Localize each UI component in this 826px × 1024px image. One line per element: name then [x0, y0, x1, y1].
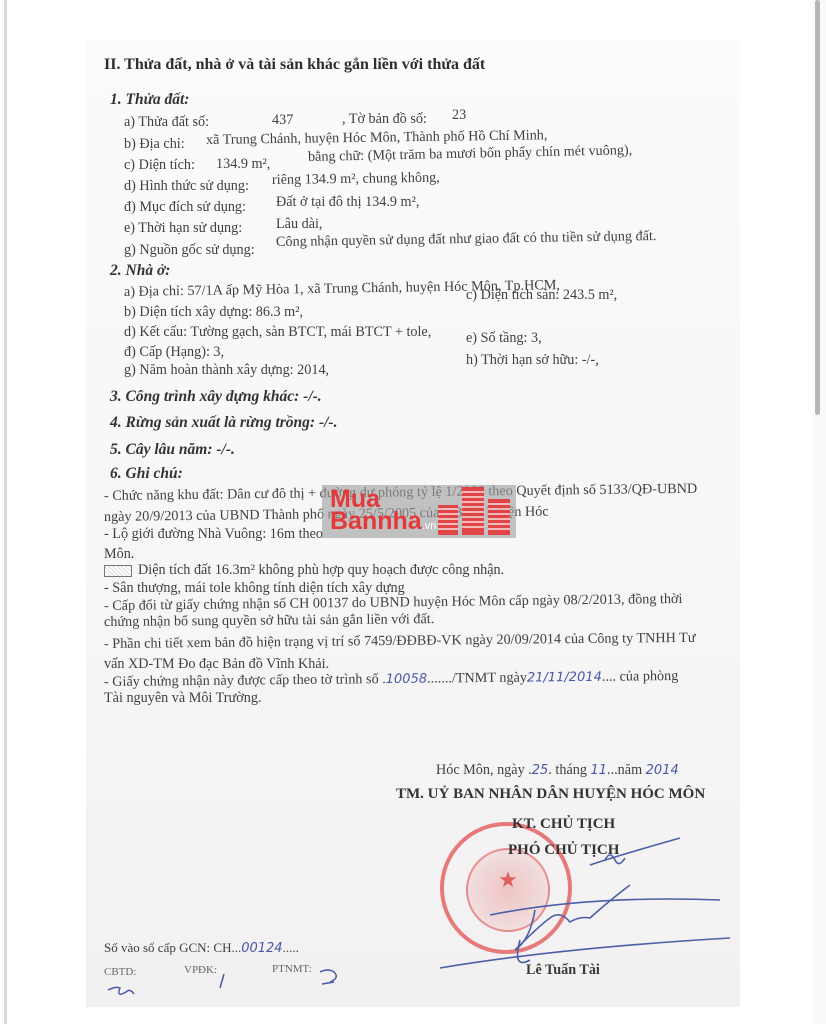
- note-line: Tài nguyên và Môi Trường.: [104, 690, 261, 707]
- house-structure: d) Kết cấu: Tường gạch, sàn BTCT, mái BT…: [124, 324, 431, 341]
- issuing-authority: TM. UỶ BAN NHÂN DÂN HUYỆN HÓC MÔN: [396, 786, 705, 803]
- scrollbar-thumb[interactable]: [815, 0, 820, 415]
- issue-month-handwritten: 11: [590, 763, 607, 778]
- note-text: ......./TNMT ngày: [427, 670, 527, 687]
- signer-name: Lê Tuấn Tài: [526, 962, 600, 979]
- house-grade: đ) Cấp (Hạng): 3,: [124, 344, 224, 361]
- handwritten-signature: [420, 830, 740, 980]
- house-heading: 2. Nhà ở:: [110, 262, 170, 280]
- land-map-label: , Tờ bản đồ số:: [342, 111, 427, 128]
- note-line-hatched: Diện tích đất 16.3m² không phù hợp quy h…: [104, 562, 504, 579]
- land-map-number: 23: [452, 107, 466, 124]
- land-purpose-label: đ) Mục đích sử dụng:: [124, 199, 246, 216]
- registry-label: Số vào sổ cấp GCN: CH...: [104, 940, 241, 955]
- note-text: .... của phòng: [602, 668, 679, 685]
- land-heading: 1. Thửa đất:: [110, 91, 189, 109]
- land-area-value: 134.9 m²,: [216, 156, 270, 173]
- date-text: Hóc Môn, ngày .: [436, 762, 532, 778]
- other-construction: 3. Công trình xây dựng khác: -/-.: [110, 388, 322, 406]
- watermark-text-tld: .vn: [422, 520, 437, 532]
- production-forest: 4. Rừng sản xuất là rừng trồng: -/-.: [110, 414, 337, 432]
- perennial-trees: 5. Cây lâu năm: -/-.: [110, 441, 235, 459]
- watermark-text-bannha: Bannha: [330, 507, 422, 535]
- issue-year-handwritten: 2014: [646, 763, 679, 778]
- house-floors: e) Số tầng: 3,: [466, 330, 542, 347]
- muabannha-watermark-logo: Mua Bannha.vn: [322, 485, 516, 538]
- initials-handwritten: [104, 964, 364, 1004]
- house-construction-area: b) Diện tích xây dựng: 86.3 m²,: [124, 304, 303, 321]
- registry-suffix: .....: [283, 940, 299, 955]
- land-term-value: Lâu dài,: [276, 216, 322, 233]
- building-icon: [438, 487, 510, 535]
- house-ownership-term: h) Thời hạn sở hữu: -/-,: [466, 352, 599, 369]
- land-term-label: e) Thời hạn sử dụng:: [124, 220, 242, 237]
- issue-day-handwritten: 25: [532, 763, 549, 778]
- submission-date-handwritten: 21/11/2014: [527, 670, 602, 686]
- window-left-edge: [4, 0, 7, 1024]
- land-origin-label: g) Nguồn gốc sử dụng:: [124, 242, 255, 259]
- section-title: II. Thửa đất, nhà ở và tài sản khác gắn …: [104, 56, 485, 74]
- note-text: - Giấy chứng nhận này được cấp theo tờ t…: [104, 671, 386, 690]
- note-line: - Lộ giới đường Nhà Vuông: 16m theo: [104, 526, 323, 543]
- submission-number-handwritten: 10058: [386, 672, 428, 687]
- hatched-area-legend-icon: [104, 565, 132, 577]
- land-usage-form-value: riêng 134.9 m², chung không,: [272, 170, 440, 189]
- note-line: Môn.: [104, 546, 134, 563]
- registry-line: Số vào sổ cấp GCN: CH...00124.....: [104, 940, 299, 956]
- house-completion-year: g) Năm hoàn thành xây dựng: 2014,: [124, 362, 329, 379]
- notes-heading: 6. Ghi chú:: [110, 465, 183, 483]
- registry-number-handwritten: 00124: [241, 941, 282, 956]
- note-line: vấn XD-TM Đo đạc Bản đồ Vĩnh Khải.: [104, 656, 329, 673]
- land-area-label: c) Diện tích:: [124, 157, 195, 174]
- note-text: Diện tích đất 16.3m² không phù hợp quy h…: [138, 562, 504, 578]
- land-usage-form-label: d) Hình thức sử dụng:: [124, 178, 249, 195]
- land-address-label: b) Địa chỉ:: [124, 136, 185, 153]
- date-text: ...năm: [607, 762, 642, 778]
- land-purpose-value: Đất ở tại đô thị 134.9 m²,: [276, 194, 419, 211]
- land-parcel-label: a) Thửa đất số:: [124, 114, 209, 131]
- house-floor-area: c) Diện tích sàn: 243.5 m²,: [466, 287, 617, 304]
- issue-date-line: Hóc Môn, ngày .25. tháng 11...năm 2014: [436, 762, 679, 779]
- note-line: chứng nhận bổ sung quyền sở hữu tài sản …: [104, 611, 434, 631]
- date-text: . tháng: [548, 762, 587, 778]
- land-parcel-number: 437: [272, 112, 293, 129]
